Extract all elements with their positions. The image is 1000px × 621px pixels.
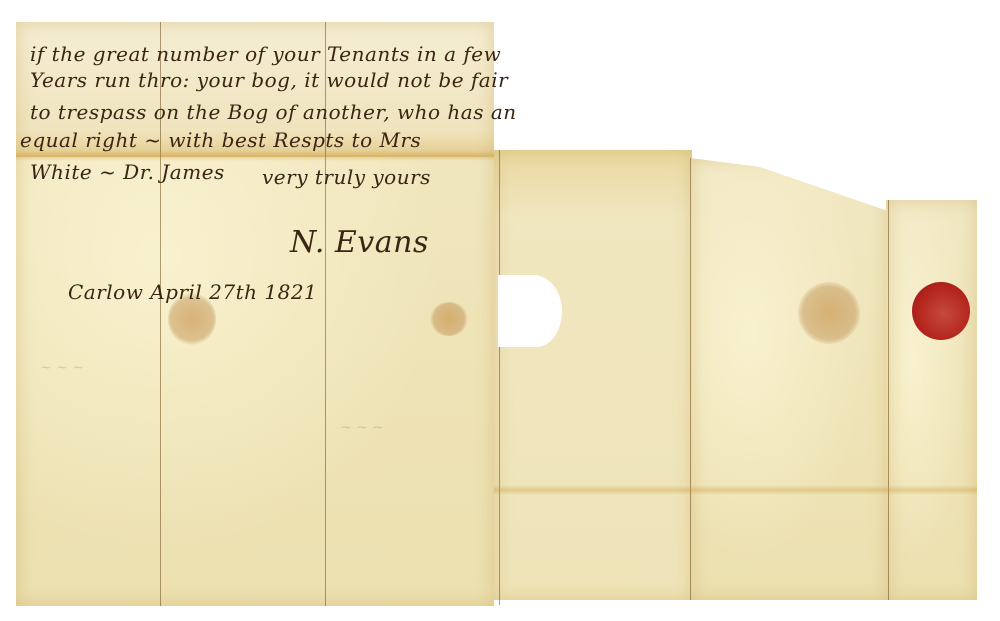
letter-panel-address [690, 158, 888, 600]
letter-line: White ~ Dr. James [30, 160, 225, 184]
letter-panel-middle [494, 150, 692, 600]
dateline: Carlow April 27th 1821 [68, 280, 317, 304]
letter-line: equal right ~ with best Respts to Mrs [20, 128, 421, 152]
fold-crease [499, 150, 500, 605]
letter-line: if the great number of your Tenants in a… [30, 42, 501, 66]
bleed-through-text: ~ ~ ~ [340, 420, 384, 436]
signature: N. Evans [290, 225, 429, 260]
seal-stain [798, 282, 860, 344]
seal-stain [430, 302, 468, 336]
bleed-through-text: ~ ~ ~ [40, 360, 84, 376]
fold-crease [690, 158, 691, 600]
fold-crease [888, 200, 889, 600]
closing: very truly yours [262, 165, 431, 189]
torn-hole [498, 275, 562, 347]
letter-line: to trespass on the Bog of another, who h… [30, 100, 517, 124]
letter-line: Years run thro: your bog, it would not b… [30, 68, 508, 92]
letter-panel-flap [886, 200, 977, 600]
fold-crease-horizontal [494, 485, 977, 495]
red-wax-seal [912, 282, 970, 340]
